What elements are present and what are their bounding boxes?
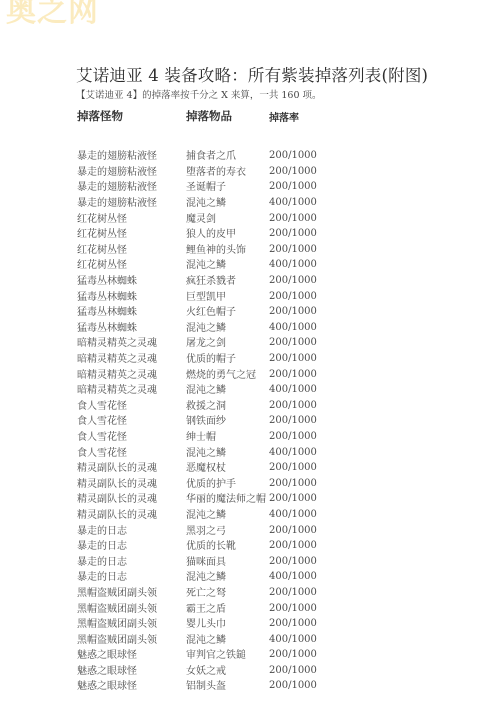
cell-rate: 200/1000 (269, 413, 349, 426)
cell-item: 恶魔权杖 (186, 459, 269, 474)
cell-monster: 精灵副队长的灵魂 (77, 459, 186, 474)
cell-item: 女妖之戒 (186, 662, 269, 677)
cell-rate: 200/1000 (269, 273, 349, 286)
cell-item: 审判官之铁鎚 (186, 646, 269, 661)
cell-monster: 黑帽盗贼团副头领 (77, 615, 186, 630)
cell-item: 救援之洞 (186, 397, 269, 412)
cell-monster: 猛毒丛林蜘蛛 (77, 288, 186, 303)
cell-rate: 200/1000 (269, 491, 349, 504)
cell-item: 混沌之鳞 (186, 319, 269, 334)
cell-rate: 200/1000 (269, 616, 349, 629)
cell-item: 火红色帽子 (186, 303, 269, 318)
cell-monster: 红花树丛怪 (77, 256, 186, 271)
cell-item: 猫咪面具 (186, 553, 269, 568)
cell-monster: 暗精灵精英之灵魂 (77, 350, 186, 365)
cell-item: 魔灵剑 (186, 210, 269, 225)
header-item: 掉落物品 (186, 108, 269, 124)
site-watermark: 奥之网 (6, 0, 99, 30)
cell-rate: 200/1000 (269, 538, 349, 551)
cell-item: 混沌之鳞 (186, 444, 269, 459)
cell-monster: 暗精灵精英之灵魂 (77, 381, 186, 396)
cell-item: 疯狂杀戮者 (186, 272, 269, 287)
cell-rate: 200/1000 (269, 678, 349, 691)
table-row: 暗精灵精英之灵魂混沌之鳞400/1000 (77, 381, 397, 397)
cell-rate: 200/1000 (269, 211, 349, 224)
table-row: 暴走的翅膀粘液怪堕落者的寿衣200/1000 (77, 163, 397, 179)
table-row: 魅惑之眼球怪铝制头盔200/1000 (77, 677, 397, 693)
cell-rate: 200/1000 (269, 242, 349, 255)
cell-monster: 猛毒丛林蜘蛛 (77, 303, 186, 318)
cell-monster: 暴走的日志 (77, 568, 186, 583)
cell-item: 钢铁面纱 (186, 412, 269, 427)
cell-rate: 400/1000 (269, 382, 349, 395)
cell-rate: 200/1000 (269, 351, 349, 364)
table-row: 黑帽盗贼团副头领死亡之弩200/1000 (77, 584, 397, 600)
cell-item: 堕落者的寿衣 (186, 163, 269, 178)
cell-monster: 暴走的翅膀粘液怪 (77, 178, 186, 193)
cell-rate: 200/1000 (269, 476, 349, 489)
cell-item: 鲤鱼神的头饰 (186, 241, 269, 256)
table-row: 猛毒丛林蜘蛛疯狂杀戮者200/1000 (77, 272, 397, 288)
cell-item: 死亡之弩 (186, 584, 269, 599)
page-subtitle: 【艾诺迪亚 4】的掉落率按千分之 X 来算，一共 160 项。 (76, 87, 322, 101)
cell-rate: 200/1000 (269, 585, 349, 598)
table-row: 红花树丛怪混沌之鳞400/1000 (77, 256, 397, 272)
cell-monster: 魅惑之眼球怪 (77, 662, 186, 677)
cell-rate: 400/1000 (269, 632, 349, 645)
cell-item: 混沌之鳞 (186, 194, 269, 209)
cell-item: 优质的护手 (186, 475, 269, 490)
cell-rate: 200/1000 (269, 226, 349, 239)
cell-monster: 暴走的日志 (77, 522, 186, 537)
table-row: 暗精灵精英之灵魂燃烧的勇气之冠200/1000 (77, 365, 397, 381)
cell-monster: 食人雪花怪 (77, 428, 186, 443)
cell-rate: 200/1000 (269, 164, 349, 177)
table-body: 暴走的翅膀粘液怪捕食者之爪200/1000暴走的翅膀粘液怪堕落者的寿衣200/1… (77, 147, 397, 693)
cell-rate: 200/1000 (269, 367, 349, 380)
table-row: 红花树丛怪狼人的皮甲200/1000 (77, 225, 397, 241)
table-row: 猛毒丛林蜘蛛火红色帽子200/1000 (77, 303, 397, 319)
cell-monster: 黑帽盗贼团副头领 (77, 600, 186, 615)
cell-rate: 200/1000 (269, 523, 349, 536)
table-row: 精灵副队长的灵魂华丽的魔法师之帽200/1000 (77, 490, 397, 506)
cell-monster: 暴走的日志 (77, 537, 186, 552)
cell-monster: 魅惑之眼球怪 (77, 677, 186, 692)
cell-monster: 黑帽盗贼团副头领 (77, 631, 186, 646)
cell-monster: 食人雪花怪 (77, 412, 186, 427)
cell-item: 华丽的魔法师之帽 (186, 490, 269, 505)
table-row: 猛毒丛林蜘蛛巨型凯甲200/1000 (77, 287, 397, 303)
cell-item: 燃烧的勇气之冠 (186, 366, 269, 381)
cell-item: 混沌之鳞 (186, 506, 269, 521)
cell-item: 混沌之鳞 (186, 568, 269, 583)
cell-item: 混沌之鳞 (186, 256, 269, 271)
table-row: 暗精灵精英之灵魂屠龙之剑200/1000 (77, 334, 397, 350)
cell-monster: 猛毒丛林蜘蛛 (77, 319, 186, 334)
table-row: 魅惑之眼球怪女妖之戒200/1000 (77, 662, 397, 678)
table-row: 红花树丛怪鲤鱼神的头饰200/1000 (77, 241, 397, 257)
cell-monster: 暴走的翅膀粘液怪 (77, 147, 186, 162)
table-row: 食人雪花怪混沌之鳞400/1000 (77, 443, 397, 459)
table-row: 精灵副队长的灵魂优质的护手200/1000 (77, 474, 397, 490)
cell-monster: 食人雪花怪 (77, 397, 186, 412)
table-row: 暴走的日志黑羽之弓200/1000 (77, 521, 397, 537)
cell-item: 屠龙之剑 (186, 334, 269, 349)
cell-monster: 食人雪花怪 (77, 444, 186, 459)
cell-rate: 400/1000 (269, 320, 349, 333)
cell-monster: 暴走的日志 (77, 553, 186, 568)
table-row: 魅惑之眼球怪审判官之铁鎚200/1000 (77, 646, 397, 662)
table-row: 黑帽盗贼团副头领霸王之盾200/1000 (77, 599, 397, 615)
cell-rate: 400/1000 (269, 195, 349, 208)
table-row: 猛毒丛林蜘蛛混沌之鳞400/1000 (77, 319, 397, 335)
table-row: 黑帽盗贼团副头领婴儿头巾200/1000 (77, 615, 397, 631)
cell-item: 狼人的皮甲 (186, 225, 269, 240)
table-header: 掉落怪物 掉落物品 掉落率 (77, 106, 397, 126)
cell-item: 绅士帽 (186, 428, 269, 443)
table-row: 暴走的日志混沌之鳞400/1000 (77, 568, 397, 584)
table-row: 红花树丛怪魔灵剑200/1000 (77, 209, 397, 225)
cell-monster: 暗精灵精英之灵魂 (77, 366, 186, 381)
header-monster: 掉落怪物 (77, 108, 186, 124)
cell-rate: 200/1000 (269, 289, 349, 302)
drop-table: 掉落怪物 掉落物品 掉落率 暴走的翅膀粘液怪捕食者之爪200/1000暴走的翅膀… (77, 106, 397, 693)
cell-item: 优质的长靴 (186, 537, 269, 552)
table-row: 黑帽盗贼团副头领混沌之鳞400/1000 (77, 630, 397, 646)
cell-item: 婴儿头巾 (186, 615, 269, 630)
cell-monster: 暴走的翅膀粘液怪 (77, 163, 186, 178)
cell-monster: 精灵副队长的灵魂 (77, 490, 186, 505)
cell-monster: 精灵副队长的灵魂 (77, 475, 186, 490)
cell-rate: 200/1000 (269, 429, 349, 442)
cell-rate: 200/1000 (269, 601, 349, 614)
cell-item: 混沌之鳞 (186, 381, 269, 396)
table-row: 暴走的翅膀粘液怪圣诞帽子200/1000 (77, 178, 397, 194)
table-row: 暗精灵精英之灵魂优质的帽子200/1000 (77, 350, 397, 366)
cell-monster: 黑帽盗贼团副头领 (77, 584, 186, 599)
cell-monster: 红花树丛怪 (77, 225, 186, 240)
cell-rate: 200/1000 (269, 647, 349, 660)
cell-rate: 200/1000 (269, 554, 349, 567)
cell-rate: 200/1000 (269, 398, 349, 411)
cell-monster: 魅惑之眼球怪 (77, 646, 186, 661)
cell-rate: 200/1000 (269, 335, 349, 348)
table-row: 暴走的日志优质的长靴200/1000 (77, 537, 397, 553)
cell-monster: 精灵副队长的灵魂 (77, 506, 186, 521)
cell-rate: 400/1000 (269, 569, 349, 582)
cell-monster: 猛毒丛林蜘蛛 (77, 272, 186, 287)
cell-monster: 暴走的翅膀粘液怪 (77, 194, 186, 209)
cell-item: 霸王之盾 (186, 600, 269, 615)
table-row: 暴走的翅膀粘液怪捕食者之爪200/1000 (77, 147, 397, 163)
header-rate: 掉落率 (269, 109, 349, 124)
cell-rate: 200/1000 (269, 304, 349, 317)
table-row: 精灵副队长的灵魂混沌之鳞400/1000 (77, 506, 397, 522)
cell-item: 巨型凯甲 (186, 288, 269, 303)
cell-rate: 200/1000 (269, 148, 349, 161)
cell-rate: 200/1000 (269, 460, 349, 473)
cell-item: 铝制头盔 (186, 677, 269, 692)
cell-rate: 400/1000 (269, 445, 349, 458)
cell-rate: 200/1000 (269, 179, 349, 192)
cell-monster: 暗精灵精英之灵魂 (77, 334, 186, 349)
cell-item: 黑羽之弓 (186, 522, 269, 537)
cell-monster: 红花树丛怪 (77, 241, 186, 256)
table-row: 食人雪花怪绅士帽200/1000 (77, 428, 397, 444)
table-row: 暴走的翅膀粘液怪混沌之鳞400/1000 (77, 194, 397, 210)
cell-item: 圣诞帽子 (186, 178, 269, 193)
cell-rate: 200/1000 (269, 663, 349, 676)
cell-item: 捕食者之爪 (186, 147, 269, 162)
table-row: 食人雪花怪钢铁面纱200/1000 (77, 412, 397, 428)
cell-item: 混沌之鳞 (186, 631, 269, 646)
cell-rate: 400/1000 (269, 257, 349, 270)
table-row: 暴走的日志猫咪面具200/1000 (77, 552, 397, 568)
table-row: 精灵副队长的灵魂恶魔权杖200/1000 (77, 459, 397, 475)
cell-item: 优质的帽子 (186, 350, 269, 365)
page-title: 艾诺迪亚 4 装备攻略：所有紫装掉落列表(附图) (76, 62, 428, 86)
table-row: 食人雪花怪救援之洞200/1000 (77, 397, 397, 413)
cell-rate: 400/1000 (269, 507, 349, 520)
cell-monster: 红花树丛怪 (77, 210, 186, 225)
